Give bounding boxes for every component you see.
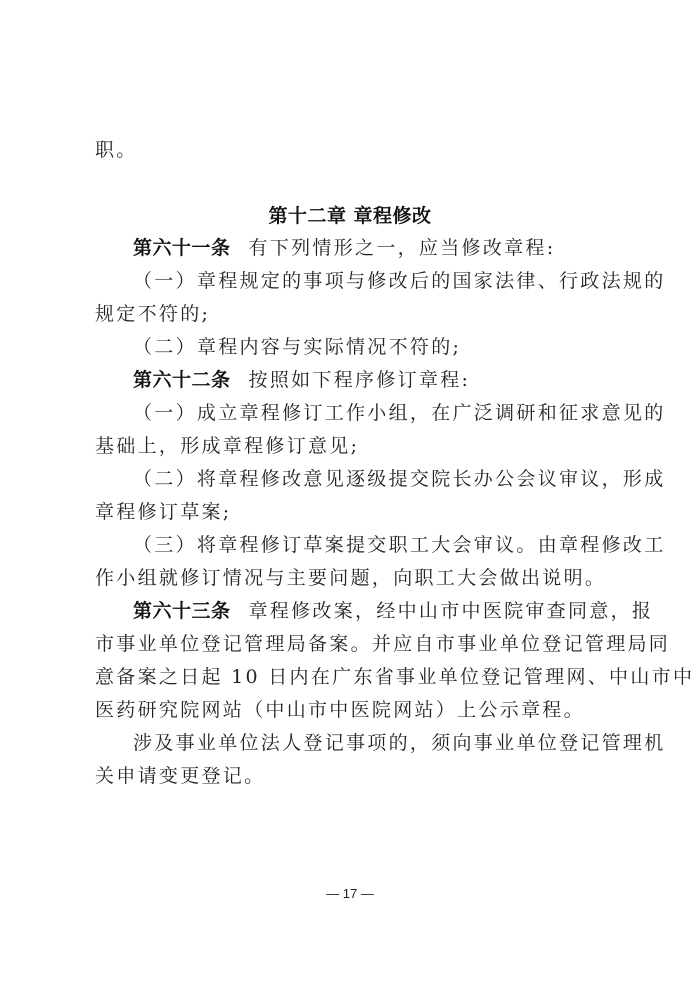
article-label: 第六十三条 <box>133 600 231 622</box>
article-label: 第六十一条 <box>133 237 231 259</box>
article-63: 第六十三条章程修改案，经中山市中医院审查同意，报 <box>95 595 607 628</box>
clause-line: 章程修订草案; <box>95 496 607 529</box>
article-line: 意备案之日起 10 日内在广东省事业单位登记管理网、中山市中 <box>95 661 607 694</box>
article-61: 第六十一条有下列情形之一，应当修改章程: <box>95 232 607 265</box>
chapter-heading: 第十二章 章程修改 <box>0 201 700 228</box>
article-label: 第六十二条 <box>133 369 231 391</box>
closing-line: 涉及事业单位法人登记事项的，须向事业单位登记管理机 <box>95 727 607 760</box>
clause-line: （一）章程规定的事项与修改后的国家法律、行政法规的 <box>95 265 607 298</box>
carryover-line: 职。 <box>95 134 607 167</box>
article-line: 医药研究院网站（中山市中医院网站）上公示章程。 <box>95 694 607 727</box>
clause-line: 基础上，形成章程修订意见; <box>95 430 607 463</box>
article-62: 第六十二条按照如下程序修订章程: <box>95 364 607 397</box>
clause-line: （三）将章程修订草案提交职工大会审议。由章程修改工 <box>95 529 607 562</box>
closing-line: 关申请变更登记。 <box>95 760 607 793</box>
clause-line: 作小组就修订情况与主要问题，向职工大会做出说明。 <box>95 562 607 595</box>
article-text: 章程修改案，经中山市中医院审查同意，报 <box>249 600 654 622</box>
clause-line: （二）章程内容与实际情况不符的; <box>95 331 607 364</box>
carryover-text: 职。 <box>95 134 607 167</box>
clause-line: （一）成立章程修订工作小组，在广泛调研和征求意见的 <box>95 397 607 430</box>
document-page: 职。 第十二章 章程修改 第六十一条有下列情形之一，应当修改章程: （一）章程规… <box>0 0 700 989</box>
article-line: 市事业单位登记管理局备案。并应自市事业单位登记管理局同 <box>95 628 607 661</box>
document-body: 第六十一条有下列情形之一，应当修改章程: （一）章程规定的事项与修改后的国家法律… <box>95 232 607 793</box>
article-intro: 有下列情形之一，应当修改章程: <box>249 237 556 259</box>
article-intro: 按照如下程序修订章程: <box>249 369 471 391</box>
clause-line: （二）将章程修改意见逐级提交院长办公会议审议，形成 <box>95 463 607 496</box>
page-number: — 17 — <box>0 886 700 901</box>
clause-line: 规定不符的; <box>95 298 607 331</box>
